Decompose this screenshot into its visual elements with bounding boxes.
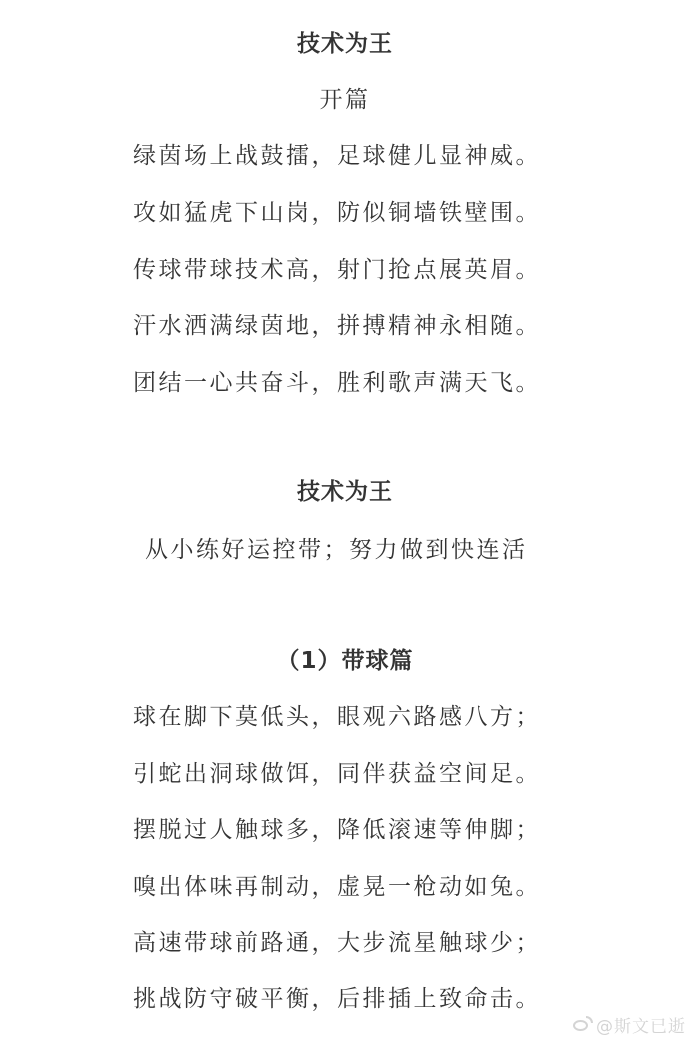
verse-line: 引蛇出洞球做饵，同伴获益空间足。 xyxy=(133,759,541,789)
verse-line: 球在脚下莫低头，眼观六路感八方； xyxy=(133,702,541,732)
section-subtitle: 开篇 xyxy=(0,85,690,115)
verse-line: 汗水洒满绿茵地，拼搏精神永相随。 xyxy=(133,311,541,341)
verse-line: 摆脱过人触球多，降低滚速等伸脚； xyxy=(133,815,541,845)
section-title: （1）带球篇 xyxy=(0,646,690,676)
verse-line: 高速带球前路通，大步流星触球少； xyxy=(133,928,541,958)
watermark-text: @斯文已逝 xyxy=(596,1012,686,1037)
section-title: 技术为王 xyxy=(0,477,690,507)
watermark: @斯文已逝 xyxy=(573,1012,686,1037)
verse-line: 绿茵场上战鼓擂，足球健儿显神威。 xyxy=(133,141,541,171)
weibo-icon xyxy=(573,1016,593,1033)
section-title: 技术为王 xyxy=(0,29,690,59)
verse-line: 传球带球技术高，射门抢点展英眉。 xyxy=(133,255,541,285)
verse-line: 团结一心共奋斗，胜利歌声满天飞。 xyxy=(133,368,541,398)
verse-line: 嗅出体味再制动，虚晃一枪动如兔。 xyxy=(133,872,541,902)
verse-line: 攻如猛虎下山岗，防似铜墙铁壁围。 xyxy=(133,198,541,228)
motto-line: 从小练好运控带；努力做到快连活 xyxy=(145,535,528,565)
verse-line: 挑战防守破平衡，后排插上致命击。 xyxy=(133,984,541,1014)
